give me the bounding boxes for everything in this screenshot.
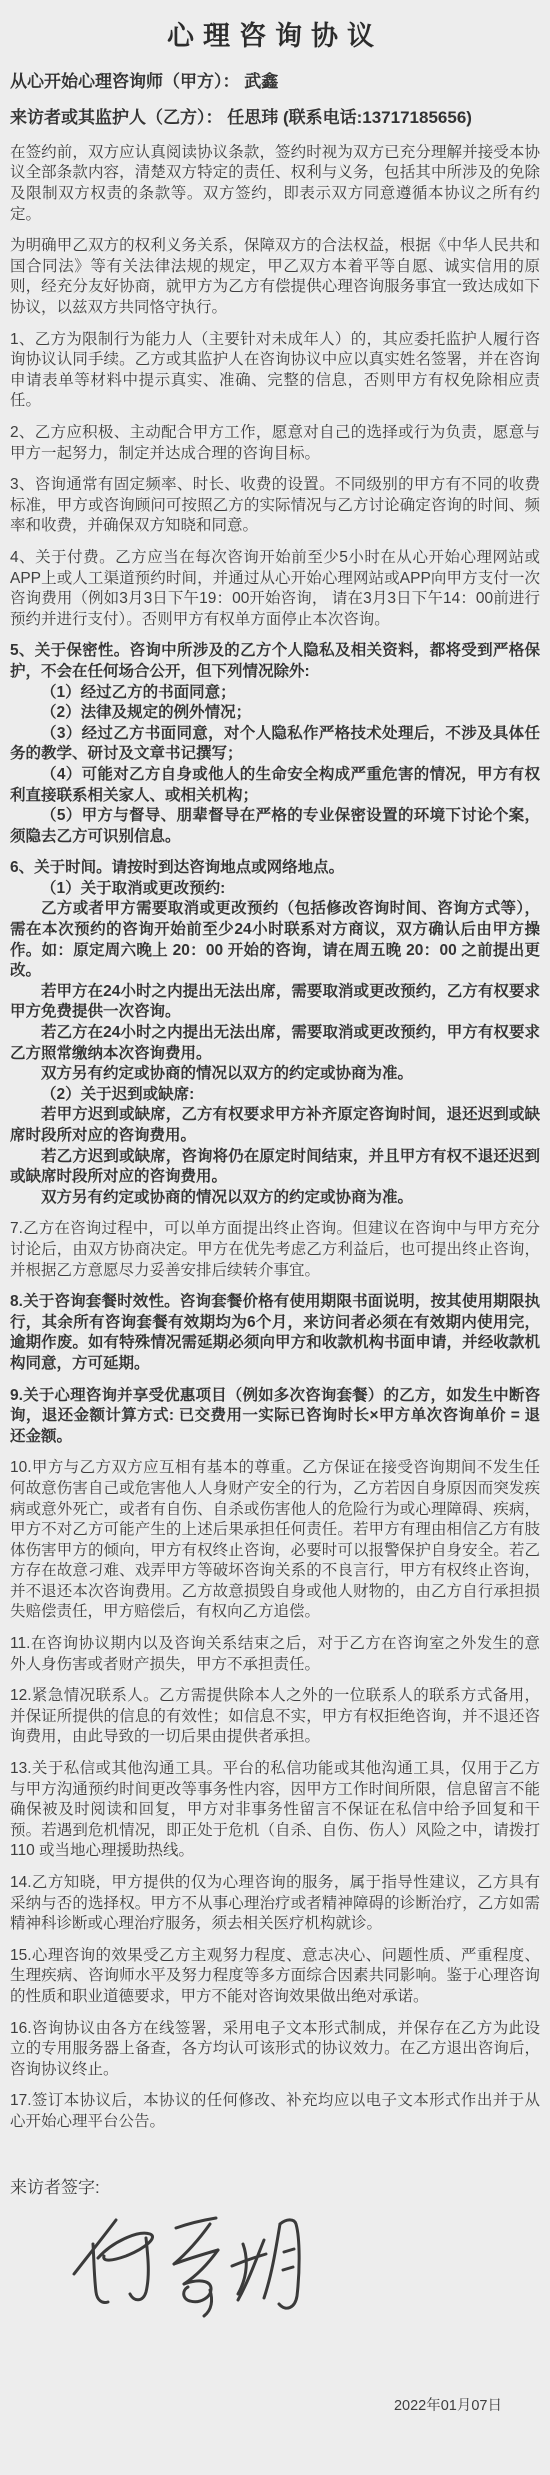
visitor-signature bbox=[38, 2214, 318, 2334]
party-line: 从心开始心理咨询师（甲方）： 武鑫 bbox=[10, 71, 540, 94]
agreement-paragraph: 乙方或者甲方需要取消或更改预约（包括修改咨询时间、咨询方式等），需在本次预约的咨… bbox=[10, 899, 540, 981]
agreement-document: 心理咨询协议 从心开始心理咨询师（甲方）： 武鑫来访者或其监护人（乙方）： 任思… bbox=[0, 0, 550, 2475]
agreement-paragraph: 若乙方迟到或缺席，咨询将仍在原定时间结束，并且甲方有权不退还迟到或缺席时段所对应… bbox=[10, 1147, 540, 1188]
agreement-paragraph: （2）法律及规定的例外情况； bbox=[10, 703, 540, 724]
agreement-paragraph: 1、乙方为限制行为能力人（主要针对未成年人）的，其应委托监护人履行咨询协议认同手… bbox=[10, 330, 540, 412]
agreement-paragraph: 为明确甲乙双方的权利义务关系，保障双方的合法权益，根据《中华人民共和国合同法》等… bbox=[10, 236, 540, 318]
agreement-paragraph: 14.乙方知晓，甲方提供的仅为心理咨询的服务，属于指导性建议，乙方具有采纳与否的… bbox=[10, 1873, 540, 1935]
page-title: 心理咨询协议 bbox=[10, 14, 540, 53]
agreement-paragraph: 双方另有约定或协商的情况以双方的约定或协商为准。 bbox=[10, 1188, 540, 1209]
agreement-paragraph: （1）经过乙方的书面同意； bbox=[10, 683, 540, 704]
agreement-paragraph: 10.甲方与乙方双方应互相有基本的尊重。乙方保证在接受咨询期间不发生任何故意伤害… bbox=[10, 1458, 540, 1623]
agreement-paragraph: 9.关于心理咨询并享受优惠项目（例如多次咨询套餐）的乙方，如发生中断咨询，退还金… bbox=[10, 1386, 540, 1448]
agreement-paragraph: 3、咨询通常有固定频率、时长、收费的设置。不同级别的甲方有不同的收费标准，甲方或… bbox=[10, 475, 540, 537]
agreement-paragraph: 7.乙方在咨询过程中，可以单方面提出终止咨询。但建议在咨询中与甲方充分讨论后，由… bbox=[10, 1219, 540, 1281]
agreement-paragraph: 15.心理咨询的效果受乙方主观努力程度、意志决心、问题性质、严重程度、生理疾病、… bbox=[10, 1946, 540, 2008]
agreement-paragraph: （3）经过乙方书面同意，对个人隐私作严格技术处理后，不涉及具体任务的教学、研讨及… bbox=[10, 724, 540, 765]
agreement-paragraph: 在签约前，双方应认真阅读协议条款，签约时视为双方已充分理解并接受本协议全部条款内… bbox=[10, 143, 540, 225]
visitor-signature-label: 来访者签字: bbox=[10, 2173, 540, 2198]
agreement-paragraph: 若甲方迟到或缺席，乙方有权要求甲方补齐原定咨询时间，退还迟到或缺席时段所对应的咨… bbox=[10, 1105, 540, 1146]
agreement-paragraph: 2、乙方应积极、主动配合甲方工作，愿意对自己的选择或行为负责，愿意与甲方一起努力… bbox=[10, 423, 540, 464]
agreement-paragraph: 若甲方在24小时之内提出无法出席，需要取消或更改预约，乙方有权要求甲方免费提供一… bbox=[10, 982, 540, 1023]
handwritten-signature-image bbox=[38, 2214, 318, 2334]
agreement-paragraph: 5、关于保密性。咨询中所涉及的乙方个人隐私及相关资料，都将受到严格保护，不会在任… bbox=[10, 641, 540, 682]
parties: 从心开始心理咨询师（甲方）： 武鑫来访者或其监护人（乙方）： 任思玮 (联系电话… bbox=[10, 71, 540, 130]
agreement-paragraph: 双方另有约定或协商的情况以双方的约定或协商为准。 bbox=[10, 1064, 540, 1085]
agreement-body: 在签约前，双方应认真阅读协议条款，签约时视为双方已充分理解并接受本协议全部条款内… bbox=[10, 143, 540, 2133]
agreement-paragraph: 17.签订本协议后，本协议的任何修改、补充均应以电子文本形式作出并于从心开始心理… bbox=[10, 2091, 540, 2132]
agreement-paragraph: （1）关于取消或更改预约: bbox=[10, 879, 540, 900]
agreement-paragraph: 4、关于付费。乙方应当在每次咨询开始前至少5小时在从心开始心理网站或APP上或人… bbox=[10, 548, 540, 630]
agreement-paragraph: 16.咨询协议由各方在线签署，采用电子文本形式制成，并保存在乙方为此设立的专用服… bbox=[10, 2019, 540, 2081]
agreement-paragraph: （5）甲方与督导、朋辈督导在严格的专业保密设置的环境下讨论个案，须隐去乙方可识别… bbox=[10, 806, 540, 847]
agreement-paragraph: 11.在咨询协议期内以及咨询关系结束之后，对于乙方在咨询室之外发生的意外人身伤害… bbox=[10, 1634, 540, 1675]
party-line: 来访者或其监护人（乙方）： 任思玮 (联系电话:13717185656) bbox=[10, 107, 540, 130]
agreement-paragraph: （2）关于迟到或缺席: bbox=[10, 1085, 540, 1106]
agreement-date: 2022年01月07日 bbox=[10, 2394, 540, 2415]
agreement-paragraph: 13.关于私信或其他沟通工具。平台的私信功能或其他沟通工具，仅用于乙方与甲方沟通… bbox=[10, 1759, 540, 1862]
agreement-paragraph: 6、关于时间。请按时到达咨询地点或网络地点。 bbox=[10, 858, 540, 879]
agreement-paragraph: 12.紧急情况联系人。乙方需提供除本人之外的一位联系人的联系方式备用，并保证所提… bbox=[10, 1686, 540, 1748]
agreement-paragraph: 8.关于咨询套餐时效性。咨询套餐价格有使用期限书面说明，按其使用期限执行，其余所… bbox=[10, 1292, 540, 1374]
agreement-paragraph: 若乙方在24小时之内提出无法出席，需要取消或更改预约，甲方有权要求乙方照常缴纳本… bbox=[10, 1023, 540, 1064]
agreement-paragraph: （4）可能对乙方自身或他人的生命安全构成严重危害的情况，甲方有权利直接联系相关家… bbox=[10, 765, 540, 806]
